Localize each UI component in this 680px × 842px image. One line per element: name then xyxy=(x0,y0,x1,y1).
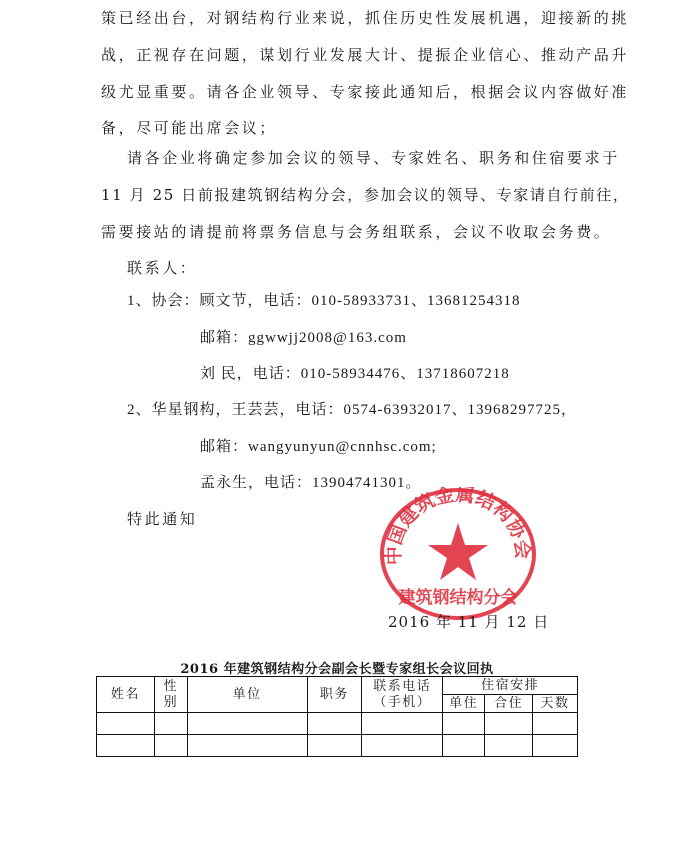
body-line-6: 11 月 25 日前报建筑钢结构分会，参加会议的领导、专家请自行前往， xyxy=(101,185,629,205)
cell-name[interactable] xyxy=(97,735,155,757)
body-line-7: 需要接站的请提前将票务信息与会务组联系，会议不收取会务费。 xyxy=(101,222,611,242)
cell-single[interactable] xyxy=(443,735,485,757)
header-name: 姓名 xyxy=(97,677,155,713)
header-lodging: 住宿安排 xyxy=(443,677,578,695)
contact-huaxing-email: 邮箱：wangyunyun@cnnhsc.com; xyxy=(200,437,437,457)
cell-unit[interactable] xyxy=(187,713,307,735)
contact-huaxing: 2、华星钢构，王芸芸，电话：0574-63932017、13968297725， xyxy=(127,400,577,420)
header-phone: 联系电话（手机） xyxy=(362,677,443,713)
header-days: 天数 xyxy=(533,695,578,713)
body-line-2: 战，正视存在问题，谋划行业发展大计、提振企业信心、推动产品升 xyxy=(101,45,629,65)
table-row xyxy=(97,735,578,757)
document-date: 2016 年 11 月 12 日 xyxy=(388,612,549,632)
cell-days[interactable] xyxy=(533,713,578,735)
receipt-table: 姓名 性别 单位 职务 联系电话（手机） 住宿安排 单住 合住 天数 xyxy=(96,676,578,757)
cell-position[interactable] xyxy=(307,713,362,735)
cell-shared[interactable] xyxy=(485,713,533,735)
closing-text: 特此通知 xyxy=(127,509,197,529)
header-single: 单住 xyxy=(443,695,485,713)
cell-gender[interactable] xyxy=(154,713,187,735)
header-unit: 单位 xyxy=(187,677,307,713)
cell-shared[interactable] xyxy=(485,735,533,757)
contact-liu-min: 刘 民，电话：010-58934476、13718607218 xyxy=(200,364,510,384)
contact-association-email: 邮箱：ggwwjj2008@163.com xyxy=(200,328,407,348)
receipt-title: 2016 年建筑钢结构分会副会长暨专家组长会议回执 xyxy=(96,658,578,677)
contacts-heading: 联系人： xyxy=(127,258,197,278)
cell-single[interactable] xyxy=(443,713,485,735)
contact-association: 1、协会：顾文节，电话：010-58933731、13681254318 xyxy=(127,291,521,311)
cell-position[interactable] xyxy=(307,735,362,757)
cell-days[interactable] xyxy=(533,735,578,757)
seal-inner-text: 建筑钢结构分会 xyxy=(399,587,518,608)
header-shared: 合住 xyxy=(485,695,533,713)
cell-unit[interactable] xyxy=(187,735,307,757)
official-seal: 中国建筑金属结构协会 建筑钢结构分会 xyxy=(378,487,538,621)
body-line-5: 请各企业将确定参加会议的领导、专家姓名、职务和住宿要求于 xyxy=(127,148,620,168)
body-line-3: 级尤显重要。请各企业领导、专家接此通知后，根据会议内容做好准 xyxy=(101,82,629,102)
body-line-4: 备，尽可能出席会议； xyxy=(101,118,277,138)
table-row xyxy=(97,713,578,735)
body-line-1: 策已经出台，对钢结构行业来说，抓住历史性发展机遇，迎接新的挑 xyxy=(101,8,629,28)
cell-gender[interactable] xyxy=(154,735,187,757)
header-position: 职务 xyxy=(307,677,362,713)
cell-phone[interactable] xyxy=(362,735,443,757)
header-gender: 性别 xyxy=(154,677,187,713)
cell-phone[interactable] xyxy=(362,713,443,735)
cell-name[interactable] xyxy=(97,713,155,735)
